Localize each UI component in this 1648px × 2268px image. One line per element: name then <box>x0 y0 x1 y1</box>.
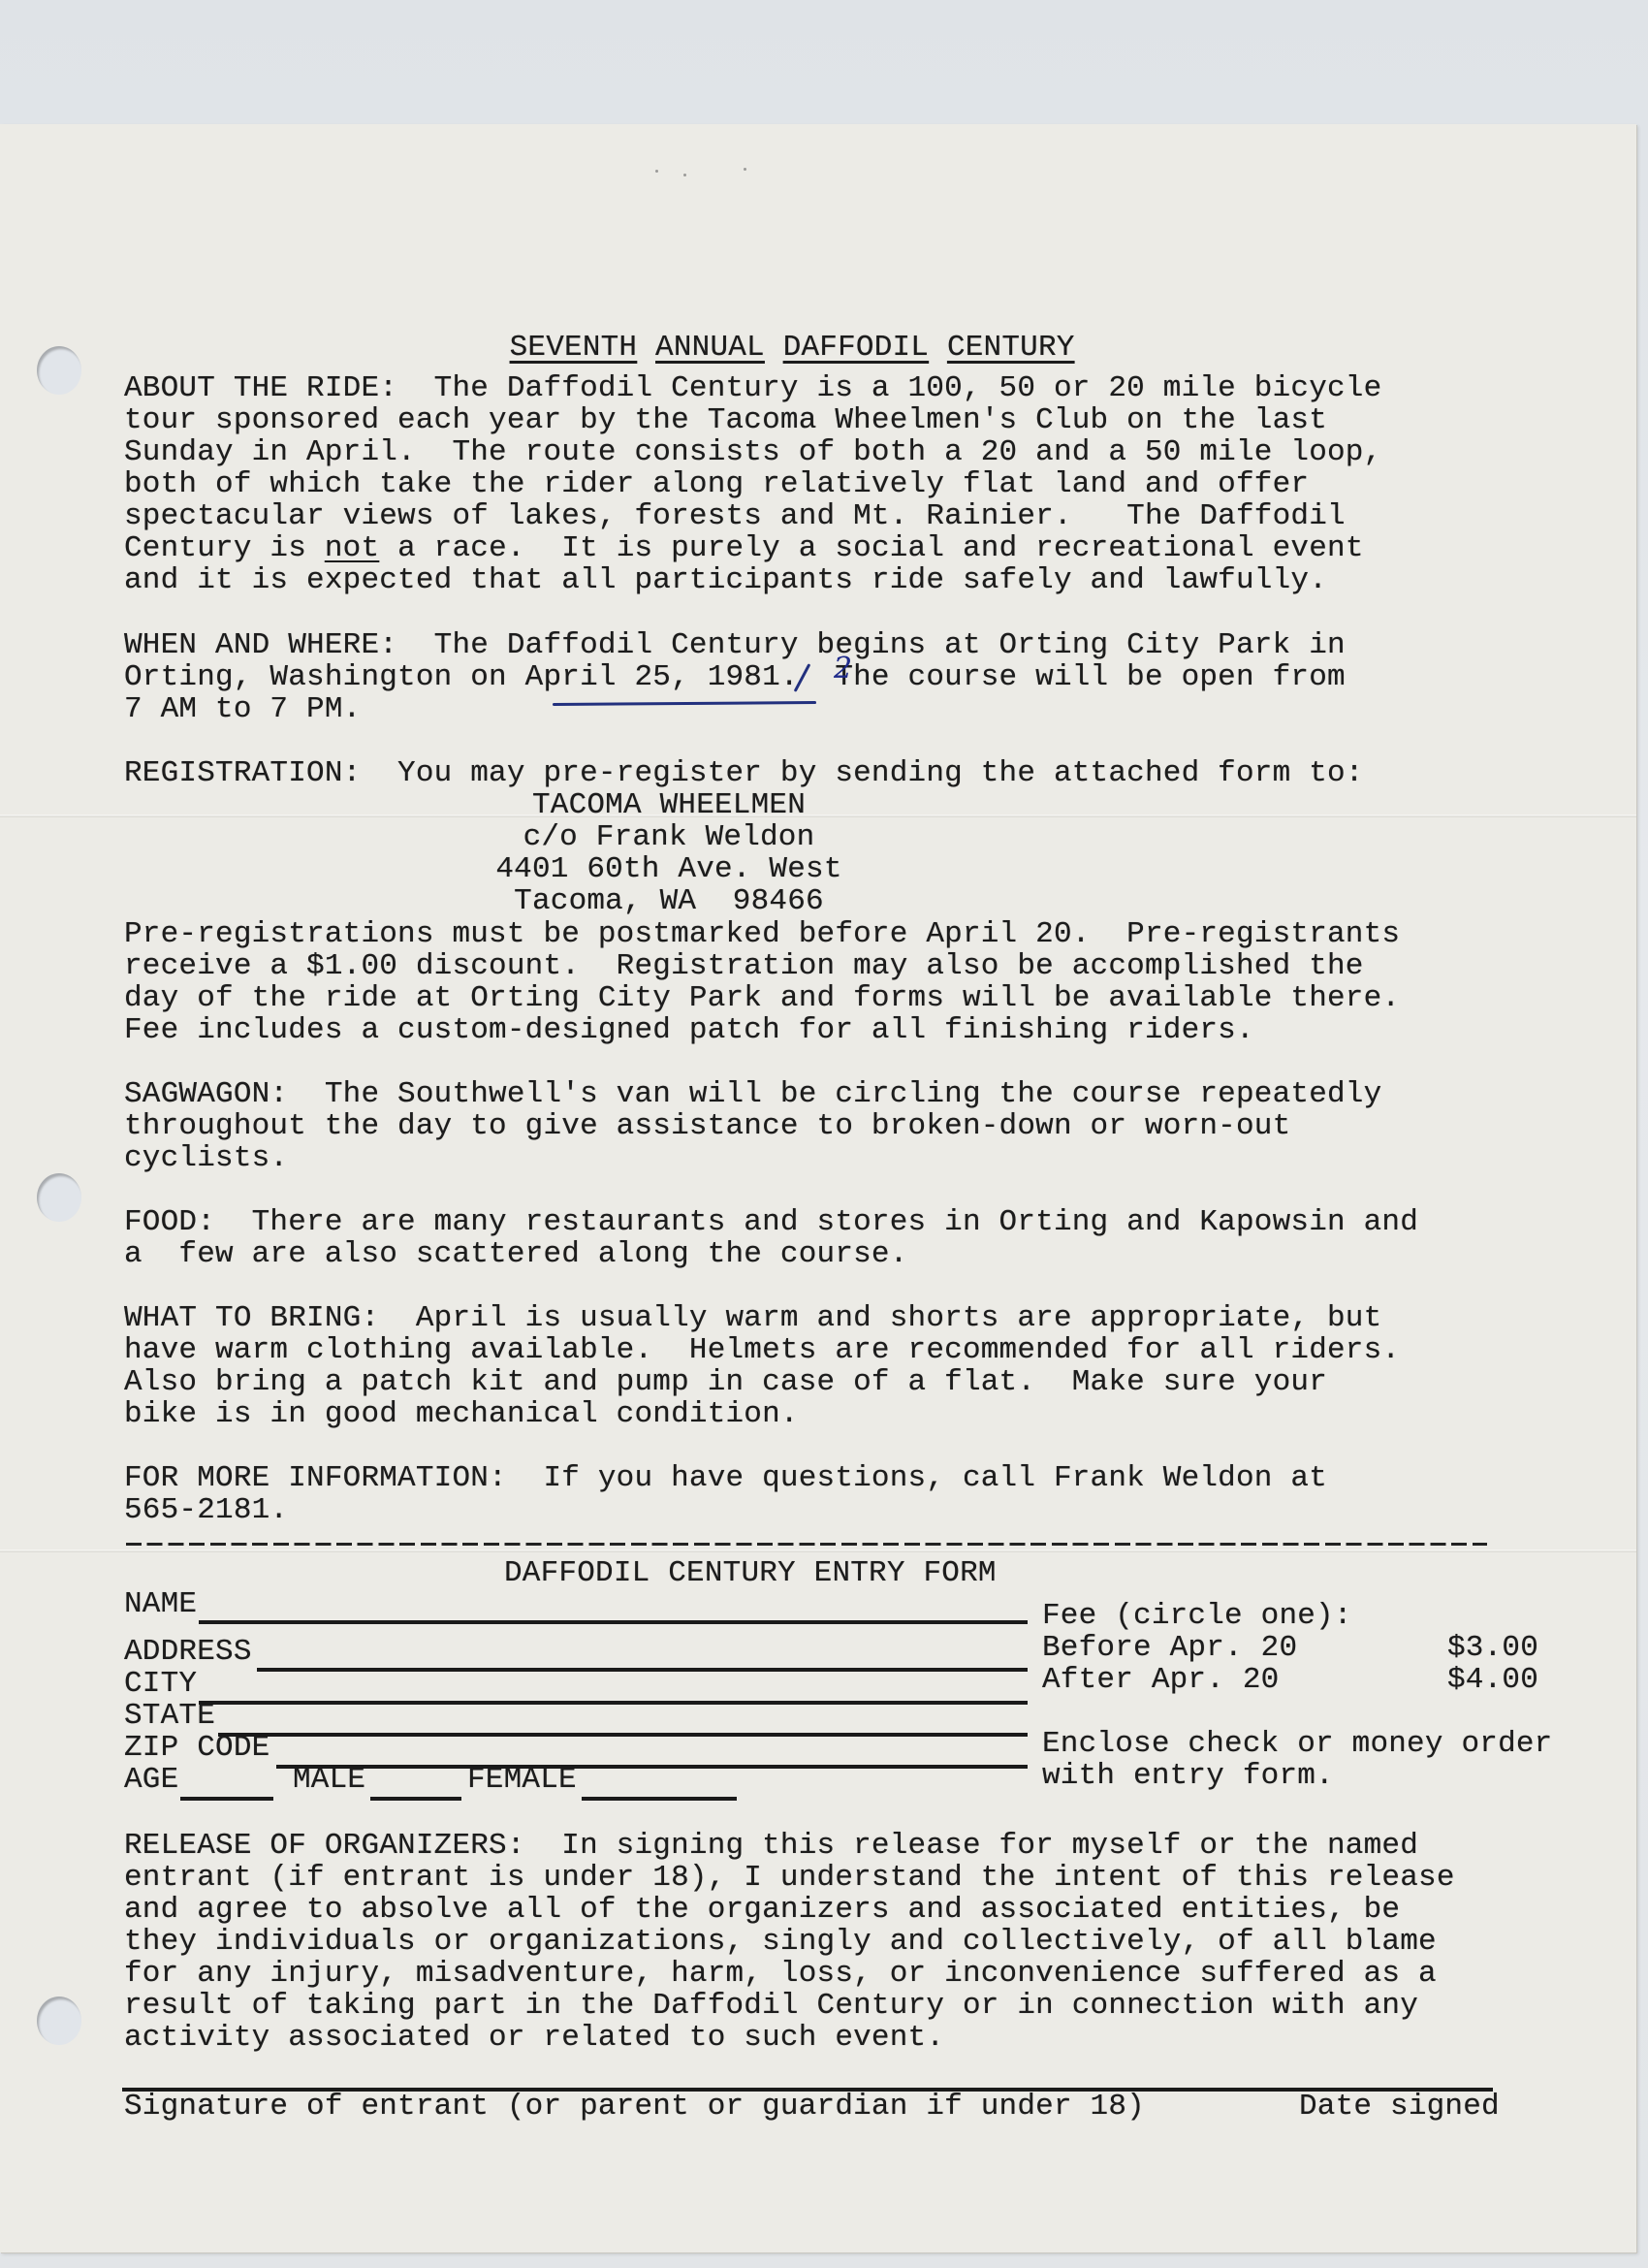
paragraph-line: Orting, Washington on April 25, 1981. Th… <box>124 662 1346 694</box>
state-label: STATE <box>124 1701 215 1733</box>
signature-label: Signature of entrant (or parent or guard… <box>124 2092 1145 2124</box>
fee-label: Fee (circle one): <box>1042 1601 1352 1633</box>
paragraph-line: activity associated or related to such e… <box>124 2023 944 2055</box>
staple-mark <box>683 174 686 176</box>
age-label: AGE <box>124 1765 178 1797</box>
fee-option-before-price[interactable]: $3.00 <box>1447 1633 1538 1665</box>
paragraph-line: Fee includes a custom-designed patch for… <box>124 1015 1254 1047</box>
paragraph-line: both of which take the rider along relat… <box>124 469 1309 501</box>
paragraph-line: receive a $1.00 discount. Registration m… <box>124 951 1364 983</box>
fee-option-after-price[interactable]: $4.00 <box>1447 1665 1538 1697</box>
staple-mark <box>744 168 746 171</box>
hole-punch <box>37 346 81 395</box>
fold-crease <box>0 1549 1636 1552</box>
paragraph-line: SAGWAGON: The Southwell's van will be ci… <box>124 1079 1381 1111</box>
city-field[interactable] <box>199 1701 1028 1705</box>
paragraph-line: WHAT TO BRING: April is usually warm and… <box>124 1303 1381 1335</box>
paragraph-line: entrant (if entrant is under 18), I unde… <box>124 1863 1455 1895</box>
paragraph-line: 7 AM to 7 PM. <box>124 694 361 726</box>
paragraph-line: FOOD: There are many restaurants and sto… <box>124 1207 1418 1239</box>
paragraph-line: and agree to absolve all of the organize… <box>124 1895 1400 1927</box>
male-label: MALE <box>293 1765 365 1797</box>
date-signed-label: Date signed <box>1299 2092 1500 2124</box>
paragraph-line: FOR MORE INFORMATION: If you have questi… <box>124 1463 1327 1495</box>
entry-form-title: DAFFODIL CENTURY ENTRY FORM <box>504 1558 997 1590</box>
paragraph-line: ABOUT THE RIDE: The Daffodil Century is … <box>124 373 1381 405</box>
fee-option-before-label[interactable]: Before Apr. 20 <box>1042 1633 1297 1665</box>
title-word: DAFFODIL <box>783 331 929 365</box>
mailing-address-line: c/o Frank Weldon <box>427 822 911 854</box>
paragraph-line: Pre-registrations must be postmarked bef… <box>124 919 1400 951</box>
paragraph-line: day of the ride at Orting City Park and … <box>124 983 1400 1015</box>
paragraph-line: result of taking part in the Daffodil Ce… <box>124 1991 1418 2023</box>
fee-option-after-label[interactable]: After Apr. 20 <box>1042 1665 1279 1697</box>
zip-code-label: ZIP CODE <box>124 1733 269 1765</box>
name-field[interactable] <box>199 1620 1028 1624</box>
paragraph-line: REGISTRATION: You may pre-register by se… <box>124 758 1364 790</box>
handwritten-year-correction: 2 <box>834 652 852 686</box>
zip-code-field[interactable] <box>276 1765 1028 1769</box>
paragraph-line: 565-2181. <box>124 1495 288 1527</box>
paragraph-line: they individuals or organizations, singl… <box>124 1927 1437 1959</box>
paragraph-line: throughout the day to give assistance to… <box>124 1111 1290 1143</box>
female-field[interactable] <box>582 1797 737 1801</box>
mailing-address-line: TACOMA WHEELMEN <box>427 790 911 822</box>
age-field[interactable] <box>180 1797 273 1801</box>
paragraph-line: Also bring a patch kit and pump in case … <box>124 1367 1327 1399</box>
mailing-address-line: 4401 60th Ave. West <box>427 854 911 886</box>
paragraph-line: Century is not a race. It is purely a so… <box>124 533 1364 565</box>
emphasized-not: not <box>325 531 379 565</box>
staple-mark <box>655 170 658 173</box>
address-field[interactable] <box>257 1668 1028 1672</box>
paragraph-line: a few are also scattered along the cours… <box>124 1239 908 1271</box>
mailing-address-line: Tacoma, WA 98466 <box>427 886 911 918</box>
state-field[interactable] <box>218 1733 1028 1737</box>
paragraph-line: Sunday in April. The route consists of b… <box>124 437 1381 469</box>
female-label: FEMALE <box>467 1765 577 1797</box>
address-label: ADDRESS <box>124 1637 252 1669</box>
paragraph-line: WHEN AND WHERE: The Daffodil Century beg… <box>124 630 1346 662</box>
paragraph-line: cyclists. <box>124 1143 288 1175</box>
text-segment: Century is <box>124 531 325 565</box>
paragraph-line: spectacular views of lakes, forests and … <box>124 501 1346 533</box>
hole-punch <box>37 1173 81 1222</box>
paragraph-line: have warm clothing available. Helmets ar… <box>124 1335 1400 1367</box>
name-label: NAME <box>124 1589 197 1621</box>
paragraph-line: for any injury, misadventure, harm, loss… <box>124 1959 1437 1991</box>
paragraph-line: tour sponsored each year by the Tacoma W… <box>124 405 1327 437</box>
document-title: SEVENTH ANNUAL DAFFODIL CENTURY <box>473 301 1075 364</box>
payment-note-line: Enclose check or money order <box>1042 1729 1553 1761</box>
text-segment: a race. It is purely a social and recrea… <box>379 531 1363 565</box>
paragraph-line: RELEASE OF ORGANIZERS: In signing this r… <box>124 1831 1418 1863</box>
paragraph-line: and it is expected that all participants… <box>124 565 1327 597</box>
cut-here-dashed-line <box>126 1543 1487 1546</box>
hole-punch <box>37 1996 81 2045</box>
paragraph-line: bike is in good mechanical condition. <box>124 1399 799 1431</box>
city-label: CITY <box>124 1669 197 1701</box>
title-word: CENTURY <box>947 331 1075 365</box>
payment-note-line: with entry form. <box>1042 1761 1334 1793</box>
male-field[interactable] <box>370 1797 461 1801</box>
title-word: ANNUAL <box>655 331 765 365</box>
title-word: SEVENTH <box>510 331 638 365</box>
